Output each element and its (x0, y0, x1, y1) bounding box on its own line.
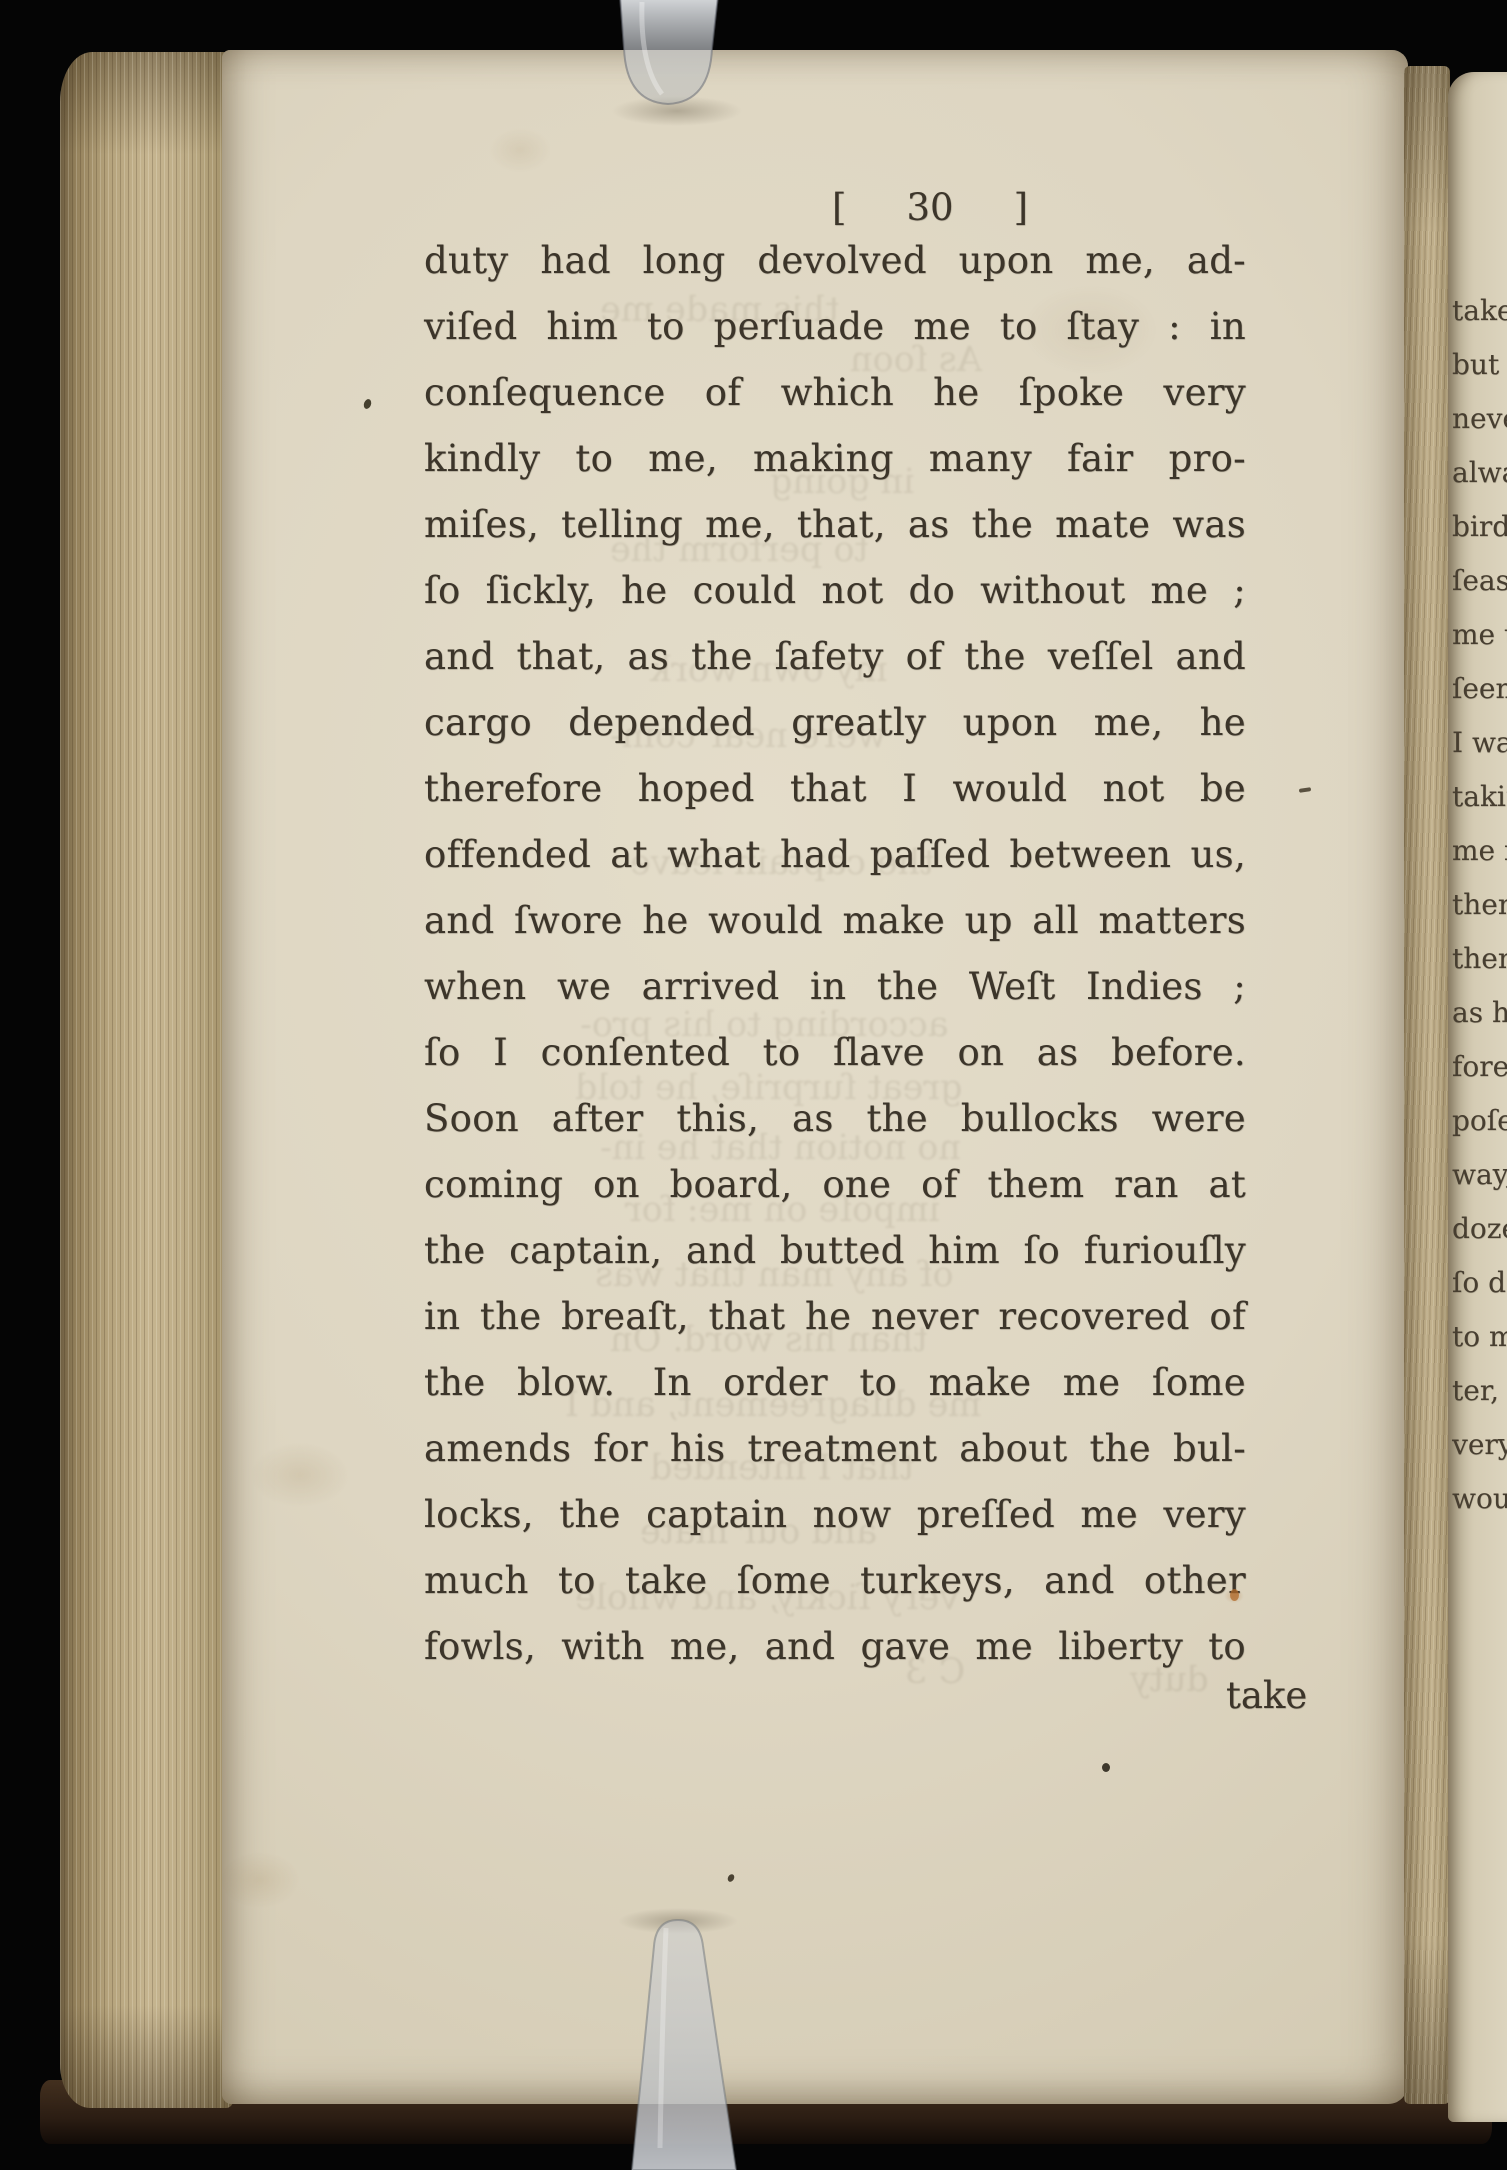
text-line: coming on board, one of them ran at (424, 1152, 1246, 1218)
gutter-page-edges (1404, 66, 1450, 2104)
fragment-line: always (1452, 446, 1507, 500)
fragment-line: poſe o (1452, 1094, 1507, 1148)
text-line: Soon after this, as the bullocks were (424, 1086, 1246, 1152)
fragment-line: ſeemed (1452, 662, 1507, 716)
text-line: much to take ſome turkeys, and other (424, 1548, 1246, 1614)
catchword: take (1226, 1674, 1307, 1717)
text-line: and ſwore he would make up all matters (424, 888, 1246, 954)
page-number-header: [ 30 ] (832, 186, 1028, 229)
fragment-line: way, i (1452, 1148, 1507, 1202)
fragment-line: as he (1452, 986, 1507, 1040)
photograph-of-open-book: { "page": { "header": { "open_bracket": … (0, 0, 1507, 2170)
fragment-line: woul (1452, 1472, 1507, 1526)
text-line: amends for his treatment about the bul- (424, 1416, 1246, 1482)
text-line: therefore hoped that I would not be (424, 756, 1246, 822)
page-number: 30 (906, 186, 953, 229)
fragment-line: dozen (1452, 1202, 1507, 1256)
text-line: when we arrived in the Weſt Indies ; (424, 954, 1246, 1020)
fragment-line: taking (1452, 770, 1507, 824)
text-line: the blow. In order to make me ſome (424, 1350, 1246, 1416)
fragment-line: birds th (1452, 500, 1507, 554)
fragment-line: them, (1452, 878, 1507, 932)
text-line: kindly to me, making many fair pro- (424, 426, 1246, 492)
fragment-line: ſo diſ (1452, 1256, 1507, 1310)
text-line: offended at what had paſſed between us, (424, 822, 1246, 888)
header-open-bracket: [ (832, 186, 846, 229)
page-stack-fore-edge (60, 52, 234, 2108)
page-text-block: duty had long devolved upon me, ad- viſe… (424, 228, 1246, 1680)
text-line: ſo ſickly, he could not do without me ; (424, 558, 1246, 624)
fragment-line: me to (1452, 608, 1507, 662)
facing-page-text-fragments: take as but I to never c always birds th… (1452, 284, 1507, 1526)
fragment-line: but I to (1452, 338, 1507, 392)
text-line: in the breaſt, that he never recovered o… (424, 1284, 1246, 1350)
text-line: fowls, with me, and gave me liberty to (424, 1614, 1246, 1680)
plastic-page-clip-top (600, 0, 740, 126)
text-line: viſed him to perſuade me to ſtay : in (424, 294, 1246, 360)
text-line: ſo I conſented to ſlave on as before. (424, 1020, 1246, 1086)
rust-fleck (1230, 1589, 1239, 1601)
text-line: locks, the captain now preſſed me very (424, 1482, 1246, 1548)
ink-fleck (1102, 1763, 1110, 1772)
fragment-line: ſeas. (1452, 554, 1507, 608)
fragment-line: me fro (1452, 824, 1507, 878)
text-line: miſes, telling me, that, as the mate was (424, 492, 1246, 558)
fragment-line: very (1452, 1418, 1507, 1472)
text-line: duty had long devolved upon me, ad- (424, 228, 1246, 294)
fragment-line: take as (1452, 284, 1507, 338)
text-line: the captain, and butted him ſo furiouſly (424, 1218, 1246, 1284)
text-line: cargo depended greatly upon me, he (424, 690, 1246, 756)
fragment-line: I was (1452, 716, 1507, 770)
text-line: and that, as the ſafety of the veſſel an… (424, 624, 1246, 690)
fragment-line: never c (1452, 392, 1507, 446)
fragment-line: to ma (1452, 1310, 1507, 1364)
plastic-page-clip-bottom (596, 1908, 766, 2170)
fragment-line: fore. (1452, 1040, 1507, 1094)
fragment-line: ter, (1452, 1364, 1507, 1418)
text-line: conſequence of which he ſpoke very (424, 360, 1246, 426)
header-close-bracket: ] (1014, 186, 1028, 229)
fragment-line: them ; (1452, 932, 1507, 986)
